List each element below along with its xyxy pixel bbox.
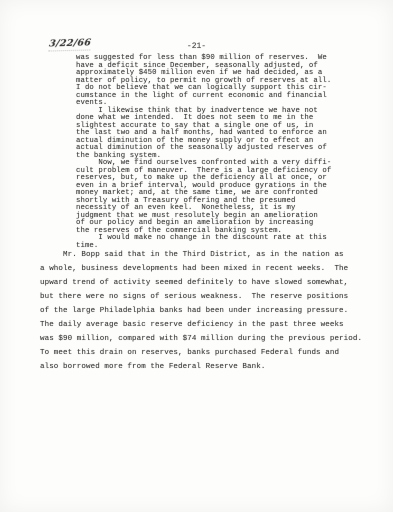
body-text-line: upward trend of activity seemed definite… — [40, 276, 366, 290]
body-text-line: of the large Philadelphia banks had been… — [40, 304, 366, 318]
body-text-line: but there were no signs of serious weakn… — [40, 290, 366, 304]
body-text-line: The daily average basic reserve deficien… — [40, 318, 366, 332]
scanned-document-page: 3/22/66 -21- was suggested for less than… — [0, 0, 393, 512]
body-paragraph-bopp-statement: Mr. Bopp said that in the Third District… — [40, 248, 366, 374]
body-text-line: also borrowed more from the Federal Rese… — [40, 360, 366, 374]
quote-text-line: cumstance in the light of current econom… — [76, 93, 352, 101]
body-text-line: To meet this drain on reserves, banks pu… — [40, 346, 366, 360]
quote-text-line: I would make no change in the discount r… — [76, 235, 352, 243]
body-text-line: Mr. Bopp said that in the Third District… — [40, 248, 366, 262]
page-number: -21- — [0, 42, 393, 51]
body-text-line: was $90 million, compared with $74 milli… — [40, 332, 366, 346]
body-text-line: a whole, business developments had been … — [40, 262, 366, 276]
quoted-statement-block: was suggested for less than $90 million … — [76, 55, 352, 250]
